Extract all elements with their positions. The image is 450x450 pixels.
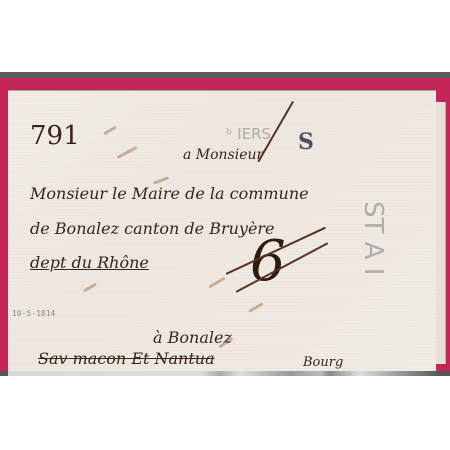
ink-blot — [83, 283, 97, 293]
postmark-stamp: ᵇ IERS — [226, 125, 271, 143]
address-line-1: Monsieur le Maire de la commune — [30, 184, 309, 203]
ink-blot — [208, 277, 225, 289]
tax-mark: 6 — [250, 229, 286, 294]
routing-line: Sav macon Et Nantua — [38, 349, 215, 368]
ink-blot — [103, 126, 117, 136]
ink-blot — [117, 146, 138, 159]
bottom-edge — [0, 371, 450, 376]
reference-number: 791 — [30, 121, 80, 151]
postmark-stamp-vertical: ST A I — [358, 201, 388, 275]
pencil-date: 10-5-1814 — [12, 309, 55, 318]
address-line-2: de Bonalez canton de Bruyère — [30, 219, 275, 238]
top-edge — [0, 72, 450, 78]
ink-blot — [248, 302, 263, 313]
letter-sheet: ᵇ IERS ST A I 791 S a Monsieur Monsieur … — [8, 90, 436, 375]
address-salutation: a Monsieur — [183, 147, 263, 163]
postmark-letter: S — [298, 129, 314, 155]
address-line-3: dept du Rhône — [30, 253, 149, 272]
routing-line-2: Bourg — [303, 355, 343, 370]
letter-photo: ᵇ IERS ST A I 791 S a Monsieur Monsieur … — [0, 72, 450, 376]
destination-line: à Bonalez — [153, 328, 232, 347]
